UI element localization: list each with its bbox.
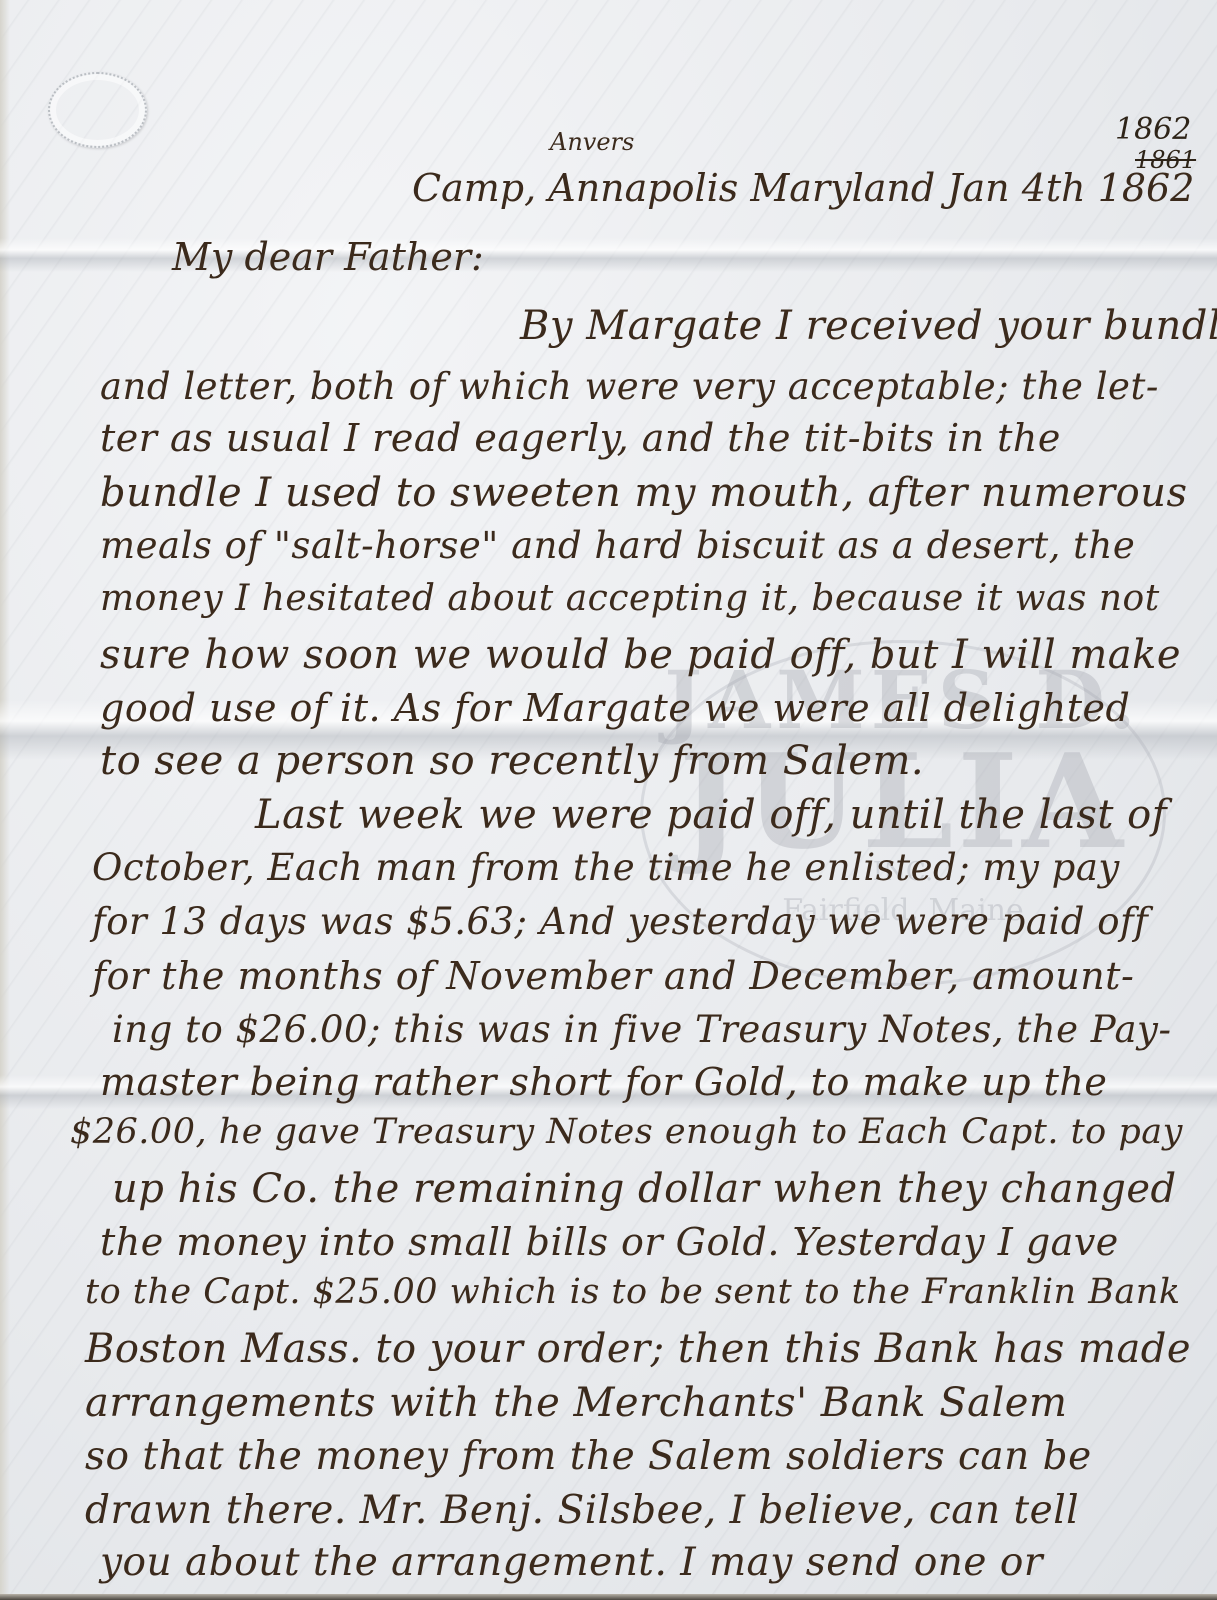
paper-bottom-edge (0, 1594, 1217, 1600)
letter-line: meals of "salt-horse" and hard biscuit a… (100, 524, 1135, 567)
letter-line: to see a person so recently from Salem. (100, 738, 924, 784)
letter-line: for 13 days was $5.63; And yesterday we … (92, 900, 1148, 943)
letter-line: good use of it. As for Margate we were a… (100, 686, 1130, 730)
letter-line: $26.00, he gave Treasury Notes enough to… (70, 1112, 1183, 1152)
letter-line: the money into small bills or Gold. Yest… (100, 1220, 1119, 1264)
letter-line: to the Capt. $25.00 which is to be sent … (85, 1272, 1181, 1312)
letter-line: bundle I used to sweeten my mouth, after… (100, 470, 1188, 516)
letter-line: sure how soon we would be paid off, but … (100, 632, 1181, 678)
letter-line: drawn there. Mr. Benj. Silsbee, I believ… (85, 1488, 1079, 1533)
letter-line: Boston Mass. to your order; then this Ba… (85, 1326, 1191, 1372)
letter-line: Last week we were paid off, until the la… (255, 792, 1167, 838)
letter-line: ter as usual I read eagerly, and the tit… (100, 416, 1061, 460)
letter-line: arrangements with the Merchants' Bank Sa… (85, 1380, 1067, 1426)
letter-line: for the months of November and December,… (92, 954, 1134, 998)
letter-line: ing to $26.00; this was in five Treasury… (112, 1008, 1171, 1051)
letter-line: October, Each man from the time he enlis… (92, 846, 1120, 889)
letter-line: master being rather short for Gold, to m… (100, 1060, 1107, 1104)
letter-line: By Margate I received your bundle (520, 303, 1217, 349)
year-annotation: 1862 (1115, 112, 1191, 147)
header-insertion: Anvers (550, 128, 634, 156)
letter-page: JAMES D. JULIA INC. Fairfield, Maine 186… (0, 0, 1217, 1600)
embossed-seal-icon (48, 72, 147, 148)
letter-line: you about the arrangement. I may send on… (100, 1540, 1043, 1585)
letter-line: money I hesitated about accepting it, be… (100, 578, 1160, 619)
greeting: My dear Father: (172, 235, 484, 279)
letter-line: so that the money from the Salem soldier… (85, 1434, 1092, 1479)
place-date-heading: Camp, Annapolis Maryland Jan 4th 1862 (412, 166, 1194, 210)
letter-line: and letter, both of which were very acce… (100, 365, 1159, 408)
letter-line: up his Co. the remaining dollar when the… (112, 1166, 1177, 1212)
